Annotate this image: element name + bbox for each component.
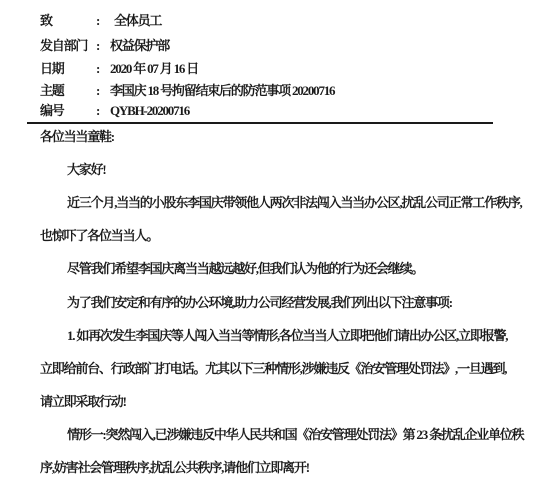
field-colon: : — [96, 83, 110, 98]
body-line: 尽管我们希望李国庆离当当越远越好,但我们认为他的行为还会继续。 — [40, 261, 423, 277]
field-label: 编号 — [40, 103, 96, 118]
body-line: 近三个月,当当的小股东李国庆带领他人两次非法闯入当当办公区,扰乱公司正常工作秩序… — [40, 195, 522, 211]
body-line: 情形一:突然闯入,已涉嫌违反中华人民共和国《治安管理处罚法》第 23 条扰乱企业… — [40, 427, 523, 443]
body-line: 序,妨害社会管理秩序,扰乱公共秩序,请他们立即离开! — [40, 460, 309, 476]
field-colon: : — [96, 103, 110, 118]
header-field-from-department: 发自部门:权益保护部 — [40, 38, 169, 53]
field-colon: : — [96, 61, 110, 76]
memo-document: 致:全体员工 发自部门:权益保护部 日期:2020 年 07 月 16 日 主题… — [0, 0, 552, 492]
field-value: 全体员工 — [110, 13, 161, 28]
field-colon: : — [96, 13, 110, 28]
body-line: 立即给前台、行政部门打电话。尤其以下三种情形,涉嫌违反《治安管理处罚法》,一旦遇… — [40, 361, 506, 377]
header-field-subject: 主题:李国庆 18 号拘留结束后的防范事项 20200716 — [40, 83, 334, 98]
salutation-line: 各位当当童鞋: — [40, 129, 114, 145]
field-value: 李国庆 18 号拘留结束后的防范事项 20200716 — [110, 83, 334, 98]
field-colon: : — [96, 38, 110, 53]
body-line: 请立即采取行动! — [40, 394, 126, 410]
field-value: QYBH-20200716 — [110, 103, 189, 118]
body-line: 也惊吓了各位当当人。 — [40, 228, 158, 244]
body-line: 为了我们安定和有序的办公环境,助力公司经营发展,我们列出以下注意事项: — [40, 295, 452, 311]
field-value: 权益保护部 — [110, 38, 169, 53]
field-value: 2020 年 07 月 16 日 — [110, 61, 198, 76]
field-label: 主题 — [40, 83, 96, 98]
field-label: 致 — [40, 13, 96, 28]
body-line: 1. 如再次发生李国庆等人闯入当当等情形,各位当当人立即把他们请出办公区,立即报… — [40, 328, 507, 344]
field-label: 日期 — [40, 61, 96, 76]
header-divider — [27, 122, 493, 124]
header-field-doc-number: 编号:QYBH-20200716 — [40, 103, 189, 118]
field-label: 发自部门 — [40, 38, 96, 53]
header-field-to: 致:全体员工 — [40, 13, 161, 28]
header-field-date: 日期:2020 年 07 月 16 日 — [40, 61, 198, 76]
body-line: 大家好! — [40, 162, 106, 178]
